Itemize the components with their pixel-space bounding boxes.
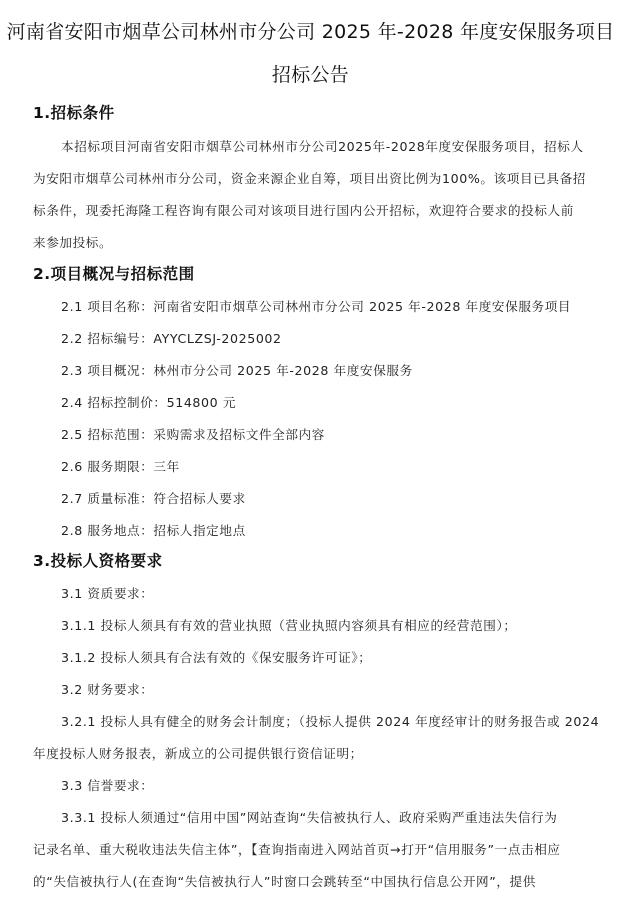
document-title-line2: 招标公告 xyxy=(0,60,621,87)
section1-paragraph-line: 来参加投标。 xyxy=(33,232,589,251)
section3-line: 3.1 资质要求： xyxy=(61,583,617,602)
section3-line: 3.2.1 投标人具有健全的财务会计制度；（投标人提供 2024 年度经审计的财… xyxy=(61,711,617,730)
section3-line: 3.3.1 投标人须通过“信用中国”网站查询“失信被执行人、政府采购严重违法失信… xyxy=(61,807,617,826)
section2-item: 2.5 招标范围：采购需求及招标文件全部内容 xyxy=(61,424,617,443)
section2-item: 2.1 项目名称：河南省安阳市烟草公司林州市分公司 2025 年-2028 年度… xyxy=(61,296,617,315)
section2-item: 2.6 服务期限：三年 xyxy=(61,456,617,475)
section-heading-1: 1.招标条件 xyxy=(33,101,115,123)
section3-line: 3.3 信誉要求： xyxy=(61,775,617,794)
section2-item: 2.8 服务地点：招标人指定地点 xyxy=(61,520,617,539)
section3-line: 3.1.2 投标人须具有合法有效的《保安服务许可证》； xyxy=(61,647,617,666)
section2-item: 2.2 招标编号：AYYCLZSJ-2025002 xyxy=(61,328,617,347)
section3-line: 3.1.1 投标人须具有有效的营业执照（营业执照内容须具有相应的经营范围）； xyxy=(61,615,617,634)
section3-line: 的“失信被执行人(在查询“失信被执行人”时窗口会跳转至“中国执行信息公开网”，提… xyxy=(33,871,589,890)
section2-item: 2.3 项目概况：林州市分公司 2025 年-2028 年度安保服务 xyxy=(61,360,617,379)
section-heading-2: 2.项目概况与招标范围 xyxy=(33,262,195,284)
section1-paragraph-line: 本招标项目河南省安阳市烟草公司林州市分公司2025年-2028年度安保服务项目，… xyxy=(61,136,617,155)
document-page: 河南省安阳市烟草公司林州市分公司 2025 年-2028 年度安保服务项目 招标… xyxy=(0,0,621,907)
section3-line: 记录名单、重大税收违法失信主体”，【查询指南进入网站首页→打开“信用服务”一点击… xyxy=(33,839,589,858)
section2-item: 2.4 招标控制价：514800 元 xyxy=(61,392,617,411)
section2-item: 2.7 质量标准：符合招标人要求 xyxy=(61,488,617,507)
section1-paragraph-line: 为安阳市烟草公司林州市分公司，资金来源企业自筹，项目出资比例为100%。该项目已… xyxy=(33,168,589,187)
document-title-line1: 河南省安阳市烟草公司林州市分公司 2025 年-2028 年度安保服务项目 xyxy=(0,17,621,44)
section1-paragraph-line: 标条件，现委托海隆工程咨询有限公司对该项目进行国内公开招标，欢迎符合要求的投标人… xyxy=(33,200,589,219)
section3-line: 年度投标人财务报表，新成立的公司提供银行资信证明； xyxy=(33,743,589,762)
section-heading-3: 3.投标人资格要求 xyxy=(33,549,163,571)
section3-line: 3.2 财务要求： xyxy=(61,679,617,698)
